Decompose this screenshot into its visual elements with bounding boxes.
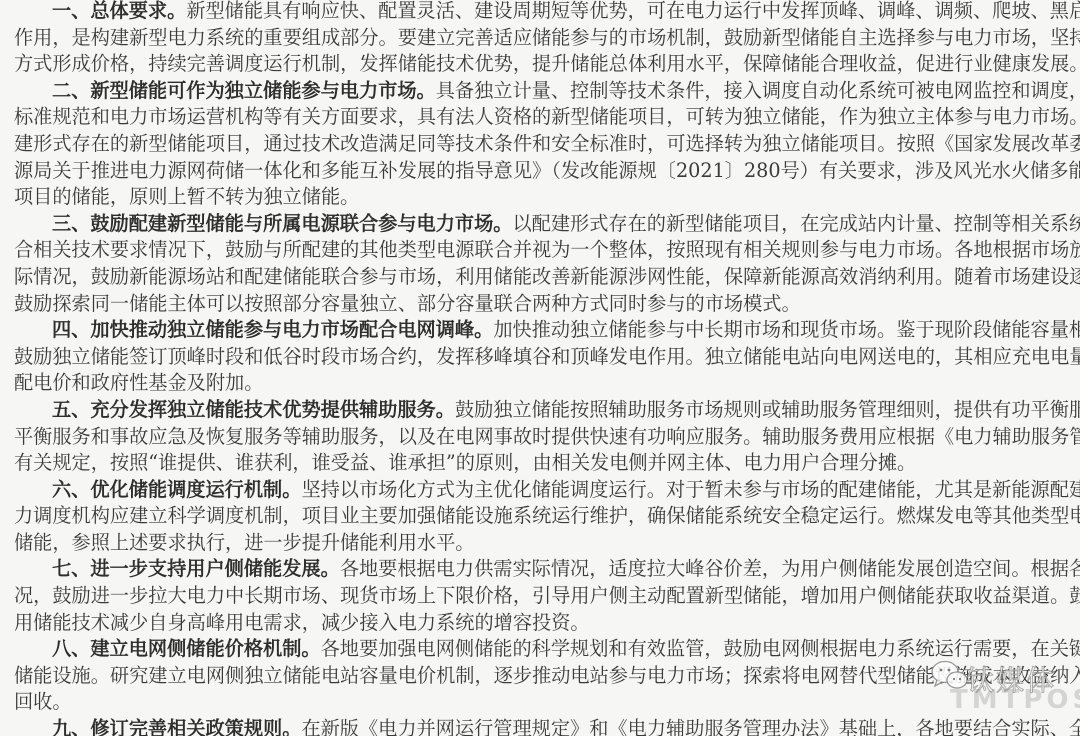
section-8-heading: 八、建立电网侧储能价格机制。 [52,637,321,660]
section-3-line-1: 三、鼓励配建新型储能与所属电源联合参与电力市场。以配建形式存在的新型储能项目，在… [14,211,1070,238]
section-2-line-4: 源局关于推进电力源网荷储一体化和多能互补发展的指导意见》（发改能源规〔2021〕… [14,158,1070,185]
document-body: 一、总体要求。新型储能具有响应快、配置灵活、建设周期短等优势，可在电力运行中发挥… [14,0,1070,736]
section-4-line-1: 四、加快推动独立储能参与电力市场配合电网调峰。加快推动独立储能参与中长期市场和现… [14,317,1070,344]
section-3-line-2: 合相关技术要求情况下，鼓励与所配建的其他类型电源联合并视为一个整体，按照现有相关… [14,237,1070,264]
section-9-heading: 九、修订完善相关政策规则。 [52,717,301,736]
section-7-line-2: 况，鼓励进一步拉大电力中长期市场、现货市场上下限价格，引导用户侧主动配置新型储能… [14,583,1070,610]
section-8-line-2: 储能设施。研究建立电网侧独立储能电站容量电价机制，逐步推动电站参与电力市场；探索… [14,663,1070,690]
section-2-line-2: 标准规范和电力市场运营机构等有关方面要求，具有法人资格的新型储能项目，可转为独立… [14,104,1070,131]
section-2-line-1: 二、新型储能可作为独立储能参与电力市场。具备独立计量、控制等技术条件，接入调度自… [14,78,1070,105]
section-5-line-2: 平衡服务和事故应急及恢复服务等辅助服务，以及在电网事故时提供快速有功响应服务。辅… [14,424,1070,451]
section-7-line-1: 七、进一步支持用户侧储能发展。各地要根据电力供需实际情况，适度拉大峰谷价差，为用… [14,556,1070,583]
section-3-line-4: 鼓励探索同一储能主体可以按照部分容量独立、部分容量联合两种方式同时参与的市场模式… [14,291,1070,318]
section-2-heading: 二、新型储能可作为独立储能参与电力市场。 [52,79,436,102]
section-5-line-1: 五、充分发挥独立储能技术优势提供辅助服务。鼓励独立储能按照辅助服务市场规则或辅助… [14,397,1070,424]
section-6-line-3: 储能，参照上述要求执行，进一步提升储能利用水平。 [14,530,1070,557]
section-3-line-3: 际情况，鼓励新能源场站和配建储能联合参与市场，利用储能改善新能源涉网性能，保障新… [14,264,1070,291]
section-6-heading: 六、优化储能调度运行机制。 [52,478,301,501]
section-1-heading: 一、总体要求。 [52,0,186,22]
section-8-line-3: 回收。 [14,689,1070,716]
section-3-heading: 三、鼓励配建新型储能与所属电源联合参与电力市场。 [52,212,513,235]
section-2-line-3: 建形式存在的新型储能项目，通过技术改造满足同等技术条件和安全标准时，可选择转为独… [14,131,1070,158]
section-4-line-2: 鼓励独立储能签订顶峰时段和低谷时段市场合约，发挥移峰填谷和顶峰发电作用。独立储能… [14,344,1070,371]
section-2-line-5: 项目的储能，原则上暂不转为独立储能。 [14,184,1070,211]
section-5-line-3: 有关规定，按照“谁提供、谁获利，谁受益、谁承担”的原则，由相关发电侧并网主体、电… [14,450,1070,477]
section-4-heading: 四、加快推动独立储能参与电力市场配合电网调峰。 [52,318,493,341]
section-1-line-2: 作用，是构建新型电力系统的重要组成部分。要建立完善适应储能参与的市场机制，鼓励新… [14,25,1070,52]
section-8-line-1: 八、建立电网侧储能价格机制。各地要加强电网侧储能的科学规划和有效监管，鼓励电网侧… [14,636,1070,663]
section-6-line-1: 六、优化储能调度运行机制。坚持以市场化方式为主优化储能调度运行。对于暂未参与市场… [14,477,1070,504]
section-7-line-3: 用储能技术减少自身高峰用电需求，减少接入电力系统的增容投资。 [14,610,1070,637]
section-6-line-2: 力调度机构应建立科学调度机制，项目业主要加强储能设施系统运行维护，确保储能系统安… [14,503,1070,530]
section-5-heading: 五、充分发挥独立储能技术优势提供辅助服务。 [52,398,455,421]
section-1-line-1: 一、总体要求。新型储能具有响应快、配置灵活、建设周期短等优势，可在电力运行中发挥… [14,0,1070,25]
section-1-line-3: 方式形成价格，持续完善调度运行机制，发挥储能技术优势，提升储能总体利用水平，保障… [14,51,1070,78]
section-4-line-3: 配电价和政府性基金及附加。 [14,370,1070,397]
section-9-line-1: 九、修订完善相关政策规则。在新版《电力并网运行管理规定》和《电力辅助服务管理办法… [14,716,1070,736]
section-7-heading: 七、进一步支持用户侧储能发展。 [52,557,340,580]
